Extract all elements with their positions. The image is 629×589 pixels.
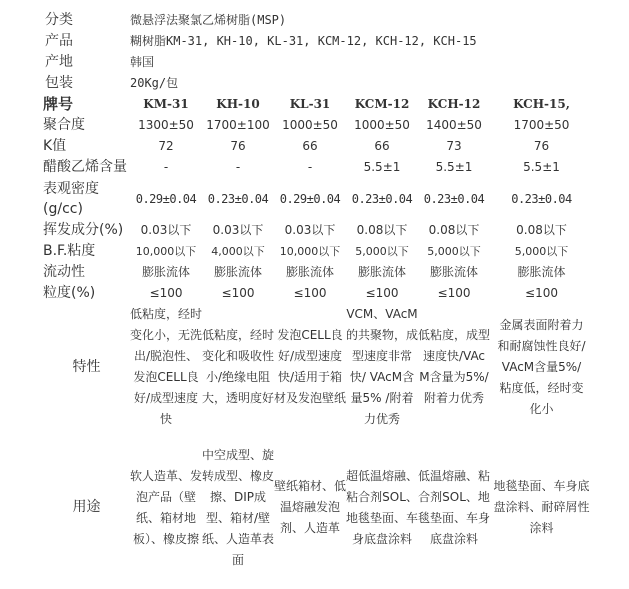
cell: 膨胀流体 <box>346 262 418 283</box>
info-key: 分类 <box>45 10 130 31</box>
cell: 0.03以下 <box>130 220 202 241</box>
row-label: B.F.粘度 <box>43 241 130 262</box>
cell: ≤100 <box>202 283 274 304</box>
cell: VCM、VAcM的共聚物，成型速度非常快/ VAcM含量5% /附着力优秀 <box>346 304 418 430</box>
grade-header: KL-31 <box>274 94 346 115</box>
cell: 0.29±0.04 <box>130 178 202 220</box>
cell: - <box>130 157 202 178</box>
cell: 低粘度，成型速度快/VAcM含量为5%/附着力优秀 <box>418 304 490 430</box>
table-row: 流动性 膨胀流体 膨胀流体 膨胀流体 膨胀流体 膨胀流体 膨胀流体 <box>43 262 593 283</box>
table-row-features: 特性 低粘度，经时变化小，无洗出/脱泡性、发泡CELL良好/成型速度快 低粘度，… <box>43 304 593 430</box>
grade-header: KCH-12 <box>418 94 490 115</box>
table-row: 醋酸乙烯含量 - - - 5.5±1 5.5±1 5.5±1 <box>43 157 593 178</box>
cell: 软人造革、发泡产品（壁纸、箱材地板）、橡皮擦 <box>130 430 202 585</box>
cell: 膨胀流体 <box>418 262 490 283</box>
cell: 0.23±0.04 <box>202 178 274 220</box>
cell: ≤100 <box>418 283 490 304</box>
cell: ≤100 <box>130 283 202 304</box>
cell: 0.08以下 <box>418 220 490 241</box>
info-key: 产品 <box>45 31 130 52</box>
spec-table: 牌号 KM-31 KH-10 KL-31 KCM-12 KCH-12 KCH-1… <box>43 94 593 585</box>
row-label: 表观密度(g/cc) <box>43 178 130 220</box>
cell: 4,000以下 <box>202 241 274 262</box>
row-label-text: 表观密度(g/cc) <box>43 179 113 219</box>
cell: 1700±100 <box>202 115 274 136</box>
cell: 76 <box>202 136 274 157</box>
info-row-origin: 产地韩国 <box>45 52 154 73</box>
cell: 膨胀流体 <box>130 262 202 283</box>
cell: 5.5±1 <box>490 157 593 178</box>
cell: 73 <box>418 136 490 157</box>
cell: 低粘度，经时变化小，无洗出/脱泡性、发泡CELL良好/成型速度快 <box>130 304 202 430</box>
info-value: 糊树脂KM-31, KH-10, KL-31, KCM-12, KCH-12, … <box>130 31 477 52</box>
cell: 0.23±0.04 <box>346 178 418 220</box>
cell: - <box>274 157 346 178</box>
info-row-packaging: 包装20Kg/包 <box>45 73 178 94</box>
cell: 1700±50 <box>490 115 593 136</box>
cell: 1000±50 <box>346 115 418 136</box>
cell: 膨胀流体 <box>202 262 274 283</box>
cell: 5.5±1 <box>346 157 418 178</box>
cell: 壁纸箱材、低温熔融发泡剂、人造革 <box>274 430 346 585</box>
cell: 5,000以下 <box>418 241 490 262</box>
table-row: 粒度(%) ≤100 ≤100 ≤100 ≤100 ≤100 ≤100 <box>43 283 593 304</box>
grade-header: KM-31 <box>130 94 202 115</box>
grade-header: KH-10 <box>202 94 274 115</box>
cell: 1300±50 <box>130 115 202 136</box>
cell: 10,000以下 <box>274 241 346 262</box>
row-label: K值 <box>43 136 130 157</box>
table-header-row: 牌号 KM-31 KH-10 KL-31 KCM-12 KCH-12 KCH-1… <box>43 94 593 115</box>
table-row: B.F.粘度 10,000以下 4,000以下 10,000以下 5,000以下… <box>43 241 593 262</box>
table-row: K值 72 76 66 66 73 76 <box>43 136 593 157</box>
row-label: 挥发成分(%) <box>43 220 130 241</box>
table-row: 聚合度 1300±50 1700±100 1000±50 1000±50 140… <box>43 115 593 136</box>
cell: 66 <box>346 136 418 157</box>
cell: ≤100 <box>490 283 593 304</box>
cell: 地毯垫面、车身底盘涂料、耐碎屑性涂料 <box>490 430 593 585</box>
grade-header: KCM-12 <box>346 94 418 115</box>
table-row: 挥发成分(%) 0.03以下 0.03以下 0.03以下 0.08以下 0.08… <box>43 220 593 241</box>
cell: 66 <box>274 136 346 157</box>
row-label: 用途 <box>43 430 130 585</box>
info-value: 微悬浮法聚氯乙烯树脂(MSP) <box>130 10 286 31</box>
info-key: 产地 <box>45 52 130 73</box>
cell: 低粘度，经时变化和吸收性小/绝缘电阻大，透明度好 <box>202 304 274 430</box>
cell: 0.08以下 <box>490 220 593 241</box>
cell: 5,000以下 <box>346 241 418 262</box>
cell: ≤100 <box>274 283 346 304</box>
cell: 72 <box>130 136 202 157</box>
cell: 1000±50 <box>274 115 346 136</box>
cell: 低温熔融、粘合剂SOL、地毯垫面、车身底盘涂料 <box>418 430 490 585</box>
cell: 发泡CELL良好/成型速度快/适用于箱材及发泡壁纸 <box>274 304 346 430</box>
cell: - <box>202 157 274 178</box>
cell: 0.03以下 <box>202 220 274 241</box>
info-row-product: 产品糊树脂KM-31, KH-10, KL-31, KCM-12, KCH-12… <box>45 31 477 52</box>
row-label: 流动性 <box>43 262 130 283</box>
row-label: 醋酸乙烯含量 <box>43 157 130 178</box>
cell: 5,000以下 <box>490 241 593 262</box>
cell: 0.23±0.04 <box>490 178 593 220</box>
info-value: 韩国 <box>130 52 154 73</box>
row-label: 聚合度 <box>43 115 130 136</box>
info-row-category: 分类微悬浮法聚氯乙烯树脂(MSP) <box>45 10 286 31</box>
cell: ≤100 <box>346 283 418 304</box>
cell: 0.23±0.04 <box>418 178 490 220</box>
info-value: 20Kg/包 <box>130 73 178 94</box>
row-label: 粒度(%) <box>43 283 130 304</box>
table-row-applications: 用途 软人造革、发泡产品（壁纸、箱材地板）、橡皮擦 中空成型、旋转成型、橡皮擦、… <box>43 430 593 585</box>
cell: 金属表面附着力和耐腐蚀性良好/VAcM含量5%/粘度低，经时变化小 <box>490 304 593 430</box>
row-label: 特性 <box>43 304 130 430</box>
cell: 0.29±0.04 <box>274 178 346 220</box>
table-row: 表观密度(g/cc) 0.29±0.04 0.23±0.04 0.29±0.04… <box>43 178 593 220</box>
cell: 膨胀流体 <box>490 262 593 283</box>
cell: 膨胀流体 <box>274 262 346 283</box>
grade-header: KCH-15, <box>490 94 593 115</box>
cell: 超低温熔融、粘合剂SOL、地毯垫面、车身底盘涂料 <box>346 430 418 585</box>
info-key: 包装 <box>45 73 130 94</box>
cell: 中空成型、旋转成型、橡皮擦、DIP成型、箱材/壁纸、人造革表面 <box>202 430 274 585</box>
row-label: 牌号 <box>43 94 130 115</box>
cell: 0.08以下 <box>346 220 418 241</box>
cell: 1400±50 <box>418 115 490 136</box>
cell: 5.5±1 <box>418 157 490 178</box>
cell: 76 <box>490 136 593 157</box>
cell: 0.03以下 <box>274 220 346 241</box>
cell: 10,000以下 <box>130 241 202 262</box>
